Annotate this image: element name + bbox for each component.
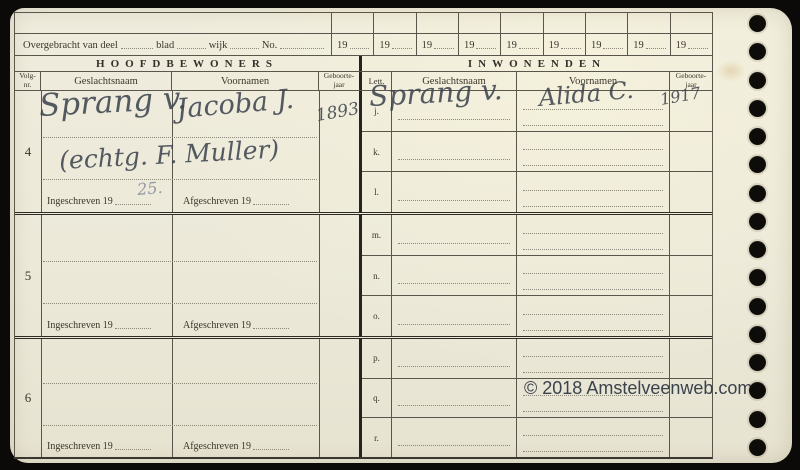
ingeschreven-label: Ingeschreven 19 [47,196,151,207]
year-cell: 19 [416,34,458,55]
punch-hole [749,354,766,371]
inwonenden-title: INWONENDEN [362,56,712,71]
lett-value: p. [362,339,392,378]
volgnr-value: 4 [15,91,41,212]
registration-card: Overgebracht van deelbladwijkNo. 19 19 1… [10,8,792,463]
lett-value: k. [362,132,392,172]
hoofdbewoner-row-6: 6 Ingeschreven 19 Afgeschreven 19 [15,339,359,457]
year-cell: 19 [543,34,585,55]
transfer-label-deel: Overgebracht van deel [23,40,118,51]
year-cell: 19 [670,34,712,55]
handwriting-geslachtsnaam-row4: Sprang v. [38,80,187,124]
punch-hole [749,326,766,343]
year-cell-blank [627,13,669,33]
year-cells-blank-row [15,13,712,34]
handwriting-ingeschreven-jaar-row4: 25. [136,178,163,199]
punch-hole [749,128,766,145]
lett-value: n. [362,256,392,296]
year-cell: 19 [373,34,415,55]
punch-hole [749,185,766,202]
punch-hole [749,269,766,286]
year-cell-blank [500,13,542,33]
year-cell: 19 [458,34,500,55]
hoofdbewoner-row-5: 5 Ingeschreven 19 Afgeschreven 19 [15,215,359,336]
punch-hole [749,241,766,258]
afgeschreven-label: Afgeschreven 19 [183,441,289,452]
inwonende-row-k: k. [362,132,712,173]
punch-hole [749,382,766,399]
punch-hole-strip [740,15,774,456]
transfer-line: Overgebracht van deelbladwijkNo. [15,34,331,55]
punch-hole [749,72,766,89]
punch-hole [749,213,766,230]
year-cell-blank [543,13,585,33]
punch-hole [749,156,766,173]
afgeschreven-label: Afgeschreven 19 [183,196,289,207]
year-cell: 19 [500,34,542,55]
section-titles-row: HOOFDBEWONERS INWONENDEN [15,56,712,72]
year-cell-blank [416,13,458,33]
inwonende-row-m: m. [362,215,712,256]
year-cell: 19 [331,34,373,55]
lett-value: q. [362,379,392,418]
year-cell-blank [373,13,415,33]
inwonende-row-r: r. [362,418,712,457]
lett-value: m. [362,215,392,255]
ingeschreven-label: Ingeschreven 19 [47,441,151,452]
punch-hole [749,411,766,428]
afgeschreven-label: Afgeschreven 19 [183,320,289,331]
year-cell-blank [458,13,500,33]
punch-hole [749,298,766,315]
transfer-label-blad: blad [156,40,174,51]
lett-value: o. [362,296,392,336]
transfer-label-wijk: wijk [209,40,228,51]
punch-hole [749,439,766,456]
year-cell: 19 [585,34,627,55]
year-cell-blank [670,13,712,33]
inwonende-row-o: o. [362,296,712,336]
inwonende-row-l: l. [362,172,712,212]
copyright-watermark: © 2018 Amstelveenweb.com [524,378,752,399]
handwriting-geslachtsnaam-row-j: Sprang v. [368,73,503,113]
volgnr-value: 6 [15,339,41,457]
transfer-label-no: No. [262,40,277,51]
lett-value: r. [362,418,392,457]
hoofdbewoners-title: HOOFDBEWONERS [15,56,359,71]
inwonende-row-n: n. [362,256,712,297]
punch-hole [749,15,766,32]
row-group-5: 5 Ingeschreven 19 Afgeschreven 19 m. n. [15,215,712,339]
year-cell-blank [331,13,373,33]
transfer-row: Overgebracht van deelbladwijkNo. 19 19 1… [15,34,712,56]
header-geboortejaar-left: Geboorte-jaar [319,72,359,90]
year-cell: 19 [627,34,669,55]
punch-hole [749,43,766,60]
inwonende-row-p: p. [362,339,712,379]
punch-hole [749,100,766,117]
volgnr-value: 5 [15,215,41,336]
year-cell-blank [585,13,627,33]
ingeschreven-label: Ingeschreven 19 [47,320,151,331]
lett-value: l. [362,172,392,212]
